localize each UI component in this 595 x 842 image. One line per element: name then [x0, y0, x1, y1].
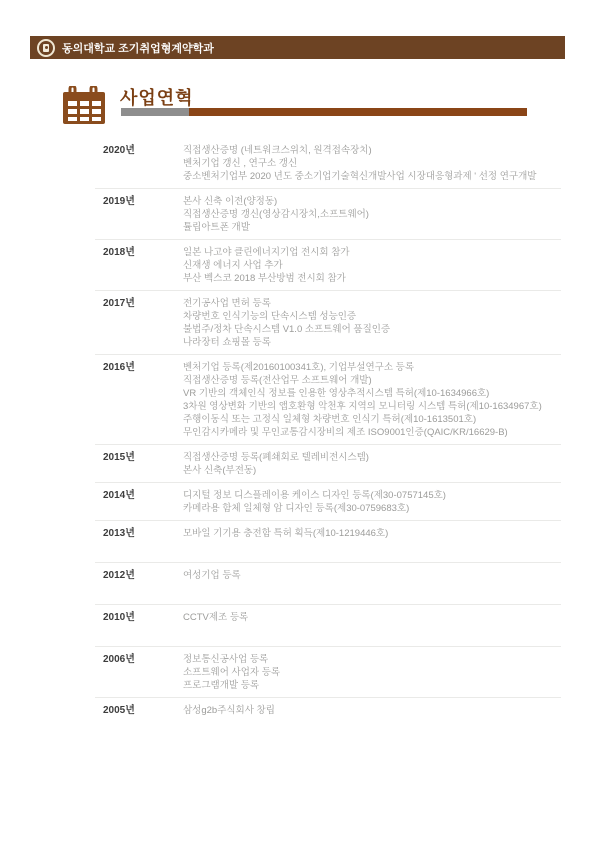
history-items: 여성기업 등록 — [183, 569, 561, 582]
year-label: 2018년 — [95, 246, 183, 285]
history-item: 전기공사업 면허 등록 — [183, 297, 561, 310]
history-item: 여성기업 등록 — [183, 569, 561, 582]
underline-brown-segment — [189, 108, 527, 116]
year-label: 2014년 — [95, 489, 183, 515]
year-label: 2016년 — [95, 361, 183, 439]
brand-title: 동의대학교 조기취업형계약학과 — [62, 40, 214, 56]
university-seal-logo — [37, 39, 55, 57]
history-item: 삼성g2b주식회사 창립 — [183, 704, 561, 717]
history-item: 직접생산증명 등록(전산업무 소프트웨어 개발) — [183, 374, 561, 387]
year-label: 2006년 — [95, 653, 183, 692]
history-items: 직접생산증명 (네트워크스위치, 원격접속장치)벤처기업 갱신 , 연구소 갱신… — [183, 144, 561, 183]
history-item: 중소벤처기업부 2020 년도 중소기업기술혁신개발사업 시장대응형과제 ' 선… — [183, 170, 561, 183]
history-items: 디지털 정보 디스플레이용 케이스 디자인 등록(제30-0757145호)카메… — [183, 489, 561, 515]
history-items: 직접생산증명 등록(폐쇄회로 텔레비전시스템)본사 신축(부전동) — [183, 451, 561, 477]
history-item: 본사 신축(부전동) — [183, 464, 561, 477]
history-timeline: 2020년직접생산증명 (네트워크스위치, 원격접속장치)벤처기업 갱신 , 연… — [95, 138, 561, 739]
timeline-entry: 2015년직접생산증명 등록(폐쇄회로 텔레비전시스템)본사 신축(부전동) — [95, 444, 561, 482]
timeline-entry: 2017년전기공사업 면허 등록차량번호 인식기능의 단속시스템 성능인증불법주… — [95, 290, 561, 354]
history-item: 튤립아트폰 개발 — [183, 221, 561, 234]
year-label: 2019년 — [95, 195, 183, 234]
timeline-entry: 2019년본사 신축 이전(양정동)직접생산증명 갱신(영상감시장치,소프트웨어… — [95, 188, 561, 239]
title-underline — [121, 108, 527, 116]
history-items: 전기공사업 면허 등록차량번호 인식기능의 단속시스템 성능인증불법주/정차 단… — [183, 297, 561, 349]
history-item: 부산 벡스코 2018 부산방범 전시회 참가 — [183, 272, 561, 285]
underline-gray-segment — [121, 108, 189, 116]
history-item: VR 기반의 객체인식 정보를 인용한 영상추적시스템 특허(제10-16349… — [183, 387, 561, 400]
history-item: 직접생산증명 등록(폐쇄회로 텔레비전시스템) — [183, 451, 561, 464]
year-label: 2015년 — [95, 451, 183, 477]
history-item: 3차원 영상변화 기반의 앱호환형 악천후 지역의 모니터링 시스템 특허(제1… — [183, 400, 561, 413]
timeline-entry: 2016년벤처기업 등록(제20160100341호), 기업부설연구소 등록직… — [95, 354, 561, 444]
history-items: 일본 나고야 클린에너지기업 전시회 참가신재생 에너지 사업 추가부산 벡스코… — [183, 246, 561, 285]
page-title: 사업연혁 — [120, 84, 194, 110]
year-label: 2005년 — [95, 704, 183, 717]
timeline-entry: 2005년삼성g2b주식회사 창립 — [95, 697, 561, 739]
history-item: 일본 나고야 클린에너지기업 전시회 참가 — [183, 246, 561, 259]
history-item: 차량번호 인식기능의 단속시스템 성능인증 — [183, 310, 561, 323]
history-item: 디지털 정보 디스플레이용 케이스 디자인 등록(제30-0757145호) — [183, 489, 561, 502]
history-item: 카메라용 함체 일체형 암 디자인 등록(제30-0759683호) — [183, 502, 561, 515]
timeline-entry: 2014년디지털 정보 디스플레이용 케이스 디자인 등록(제30-075714… — [95, 482, 561, 520]
history-item: 소프트웨어 사업자 등록 — [183, 666, 561, 679]
timeline-entry: 2020년직접생산증명 (네트워크스위치, 원격접속장치)벤처기업 갱신 , 연… — [95, 138, 561, 188]
history-item: 프로그램개발 등록 — [183, 679, 561, 692]
year-label: 2013년 — [95, 527, 183, 540]
year-label: 2010년 — [95, 611, 183, 624]
year-label: 2017년 — [95, 297, 183, 349]
history-item: 모바일 기기용 충전함 특허 획득(제10-1219446호) — [183, 527, 561, 540]
history-items: 벤처기업 등록(제20160100341호), 기업부설연구소 등록직접생산증명… — [183, 361, 561, 439]
history-items: CCTV제조 등록 — [183, 611, 561, 624]
history-item: 본사 신축 이전(양정동) — [183, 195, 561, 208]
history-item: 직접생산증명 갱신(영상감시장치,소프트웨어) — [183, 208, 561, 221]
history-items: 삼성g2b주식회사 창립 — [183, 704, 561, 717]
history-item: 불법주/정차 단속시스템 V1.0 소프트웨어 품질인증 — [183, 323, 561, 336]
history-item: 정보통신공사업 등록 — [183, 653, 561, 666]
calendar-icon — [63, 86, 105, 124]
timeline-entry: 2013년모바일 기기용 충전함 특허 획득(제10-1219446호) — [95, 520, 561, 562]
history-item: 주행이동식 또는 고정식 일체형 차량번호 인식기 특허(제10-1613501… — [183, 413, 561, 426]
timeline-entry: 2018년일본 나고야 클린에너지기업 전시회 참가신재생 에너지 사업 추가부… — [95, 239, 561, 290]
timeline-entry: 2006년정보통신공사업 등록소프트웨어 사업자 등록프로그램개발 등록 — [95, 646, 561, 697]
history-item: 직접생산증명 (네트워크스위치, 원격접속장치) — [183, 144, 561, 157]
history-items: 본사 신축 이전(양정동)직접생산증명 갱신(영상감시장치,소프트웨어)튤립아트… — [183, 195, 561, 234]
history-item: 신재생 에너지 사업 추가 — [183, 259, 561, 272]
year-label: 2020년 — [95, 144, 183, 183]
history-item: 벤처기업 갱신 , 연구소 갱신 — [183, 157, 561, 170]
timeline-entry: 2010년CCTV제조 등록 — [95, 604, 561, 646]
history-item: CCTV제조 등록 — [183, 611, 561, 624]
year-label: 2012년 — [95, 569, 183, 582]
timeline-entry: 2012년여성기업 등록 — [95, 562, 561, 604]
history-item: 무인감시카메라 및 무인교통감시장비의 제조 ISO9001인증(QAIC/KR… — [183, 426, 561, 439]
history-items: 모바일 기기용 충전함 특허 획득(제10-1219446호) — [183, 527, 561, 540]
history-item: 나라장터 쇼핑몰 등록 — [183, 336, 561, 349]
history-items: 정보통신공사업 등록소프트웨어 사업자 등록프로그램개발 등록 — [183, 653, 561, 692]
history-item: 벤처기업 등록(제20160100341호), 기업부설연구소 등록 — [183, 361, 561, 374]
brand-bar: 동의대학교 조기취업형계약학과 — [30, 36, 565, 59]
